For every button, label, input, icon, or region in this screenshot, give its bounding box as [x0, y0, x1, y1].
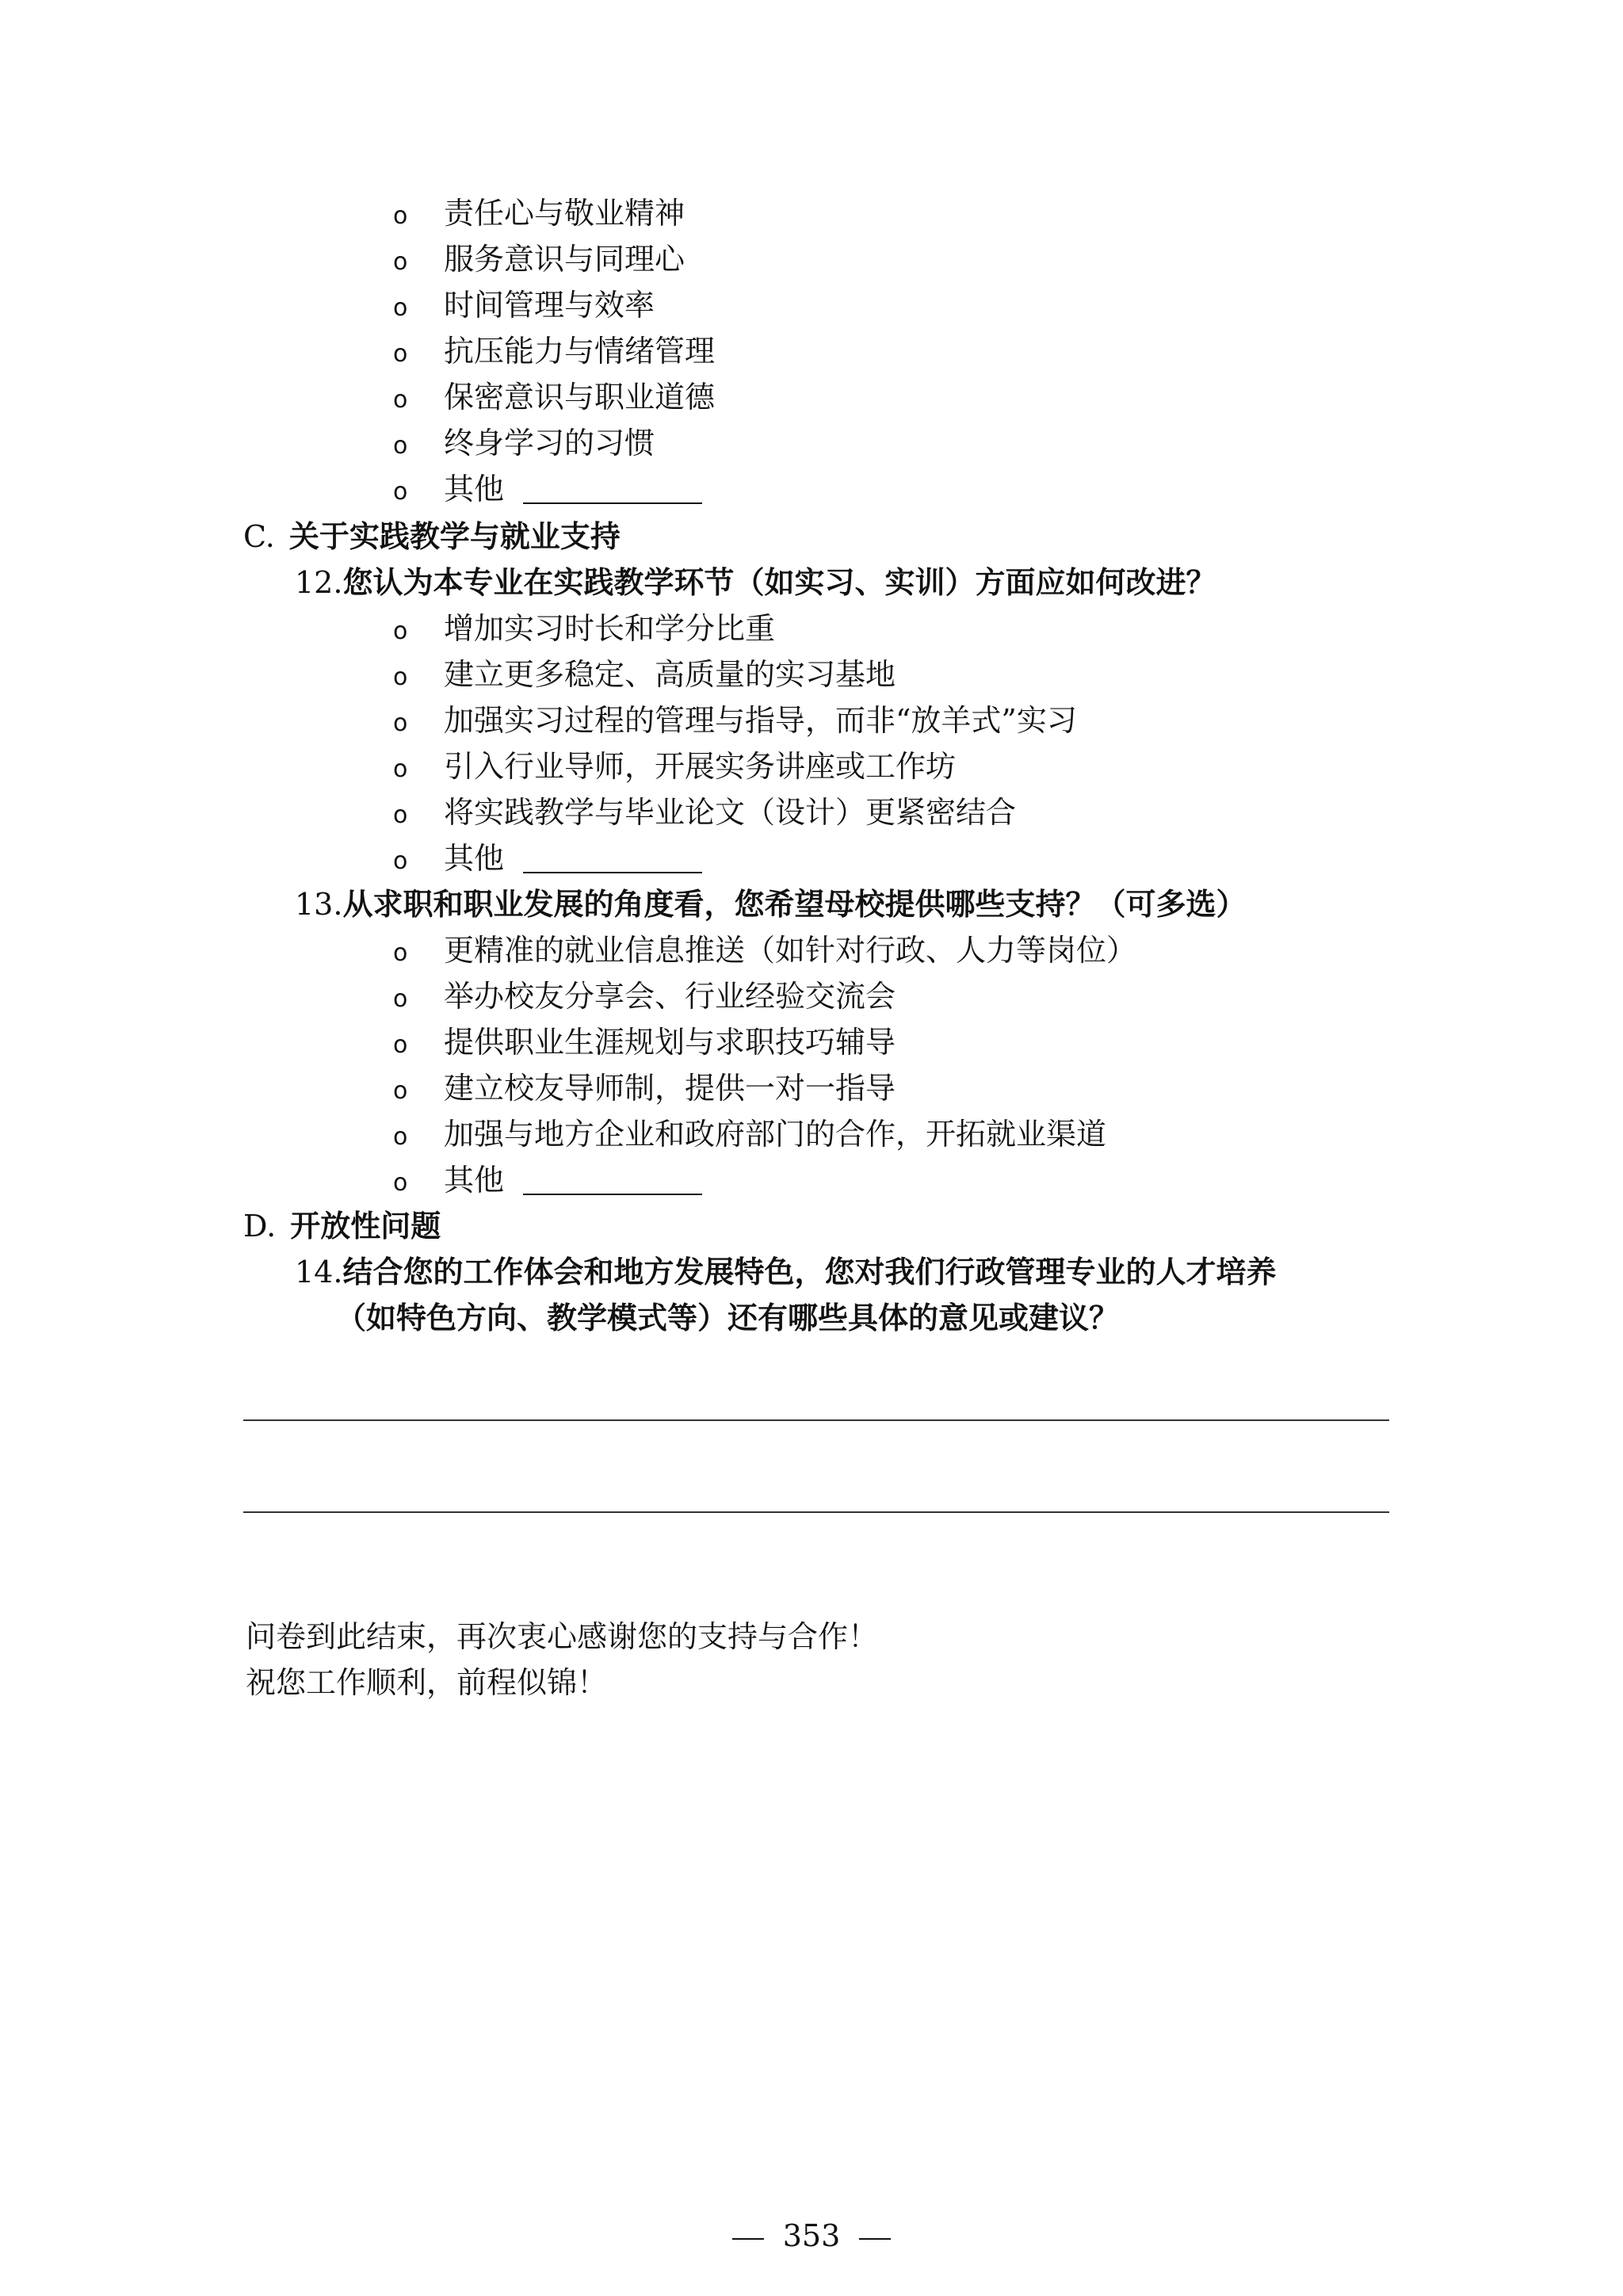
- question-text: 您认为本专业在实践教学环节（如实习、实训）方面应如何改进？: [342, 564, 1216, 600]
- radio-bullet-icon[interactable]: o: [393, 285, 407, 331]
- option-label: 举办校友分享会、行业经验交流会: [444, 973, 896, 1019]
- page-number: 353: [783, 2218, 841, 2253]
- question-text-line2: （如特色方向、教学模式等）还有哪些具体的意见或建议？: [336, 1300, 1119, 1335]
- option-label: 保密意识与职业道德: [444, 374, 715, 420]
- section-title: 开放性问题: [290, 1208, 441, 1244]
- question-text: 从求职和职业发展的角度看，您希望母校提供哪些支持？（可多选）: [342, 886, 1246, 922]
- option-other: 其他: [444, 466, 702, 512]
- option-label: 更精准的就业信息推送（如针对行政、人力等岗位）: [444, 927, 1136, 973]
- question-12: 12.您认为本专业在实践教学环节（如实习、实训）方面应如何改进？: [295, 560, 1216, 606]
- section-c-heading: C.关于实践教学与就业支持: [243, 514, 621, 560]
- question-text-line1: 结合您的工作体会和地方发展特色，您对我们行政管理专业的人才培养: [342, 1254, 1276, 1289]
- other-fill-blank[interactable]: [523, 1162, 702, 1195]
- page-footer: 353: [0, 2216, 1623, 2256]
- closing-thanks: 问卷到此结束，再次衷心感谢您的支持与合作！: [246, 1614, 878, 1660]
- radio-bullet-icon[interactable]: o: [393, 655, 407, 701]
- other-fill-blank[interactable]: [523, 840, 702, 873]
- answer-line-1[interactable]: [243, 1419, 1389, 1421]
- radio-bullet-icon[interactable]: o: [393, 377, 407, 423]
- section-title: 关于实践教学与就业支持: [289, 518, 621, 554]
- option-label: 提供职业生涯规划与求职技巧辅导: [444, 1019, 896, 1065]
- option-label: 将实践教学与毕业论文（设计）更紧密结合: [444, 789, 1016, 835]
- question-14: 14.结合您的工作体会和地方发展特色，您对我们行政管理专业的人才培养: [295, 1249, 1276, 1295]
- checkbox-bullet-icon[interactable]: o: [393, 1114, 407, 1160]
- radio-bullet-icon[interactable]: o: [393, 193, 407, 239]
- option-label: 加强实习过程的管理与指导，而非“放羊式”实习: [444, 697, 1077, 743]
- radio-bullet-icon[interactable]: o: [393, 423, 407, 469]
- option-label: 增加实习时长和学分比重: [444, 606, 775, 651]
- radio-bullet-icon[interactable]: o: [393, 331, 407, 377]
- option-label: 其他: [444, 841, 504, 876]
- section-letter: C.: [243, 519, 275, 554]
- option-other: 其他: [444, 835, 702, 881]
- option-label: 建立校友导师制，提供一对一指导: [444, 1065, 896, 1111]
- radio-bullet-icon[interactable]: o: [393, 793, 407, 839]
- question-14-continued: （如特色方向、教学模式等）还有哪些具体的意见或建议？: [336, 1295, 1119, 1341]
- option-label: 引入行业导师，开展实务讲座或工作坊: [444, 743, 956, 789]
- option-other: 其他: [444, 1157, 702, 1203]
- radio-bullet-icon[interactable]: o: [393, 747, 407, 793]
- other-fill-blank[interactable]: [523, 471, 702, 504]
- radio-bullet-icon[interactable]: o: [393, 701, 407, 747]
- option-label: 责任心与敬业精神: [444, 190, 685, 236]
- option-label: 其他: [444, 472, 504, 506]
- checkbox-bullet-icon[interactable]: o: [393, 1022, 407, 1068]
- option-label: 时间管理与效率: [444, 282, 655, 328]
- answer-line-2[interactable]: [243, 1511, 1389, 1513]
- checkbox-bullet-icon[interactable]: o: [393, 976, 407, 1022]
- checkbox-bullet-icon[interactable]: o: [393, 1160, 407, 1206]
- option-label: 终身学习的习惯: [444, 420, 655, 466]
- checkbox-bullet-icon[interactable]: o: [393, 930, 407, 976]
- question-number: 14.: [295, 1255, 342, 1289]
- checkbox-bullet-icon[interactable]: o: [393, 1068, 407, 1114]
- radio-bullet-icon[interactable]: o: [393, 469, 407, 515]
- radio-bullet-icon[interactable]: o: [393, 609, 407, 655]
- section-letter: D.: [243, 1209, 276, 1244]
- question-number: 13.: [295, 887, 342, 922]
- option-label: 加强与地方企业和政府部门的合作，开拓就业渠道: [444, 1111, 1106, 1157]
- option-label: 建立更多稳定、高质量的实习基地: [444, 651, 896, 697]
- section-d-heading: D.开放性问题: [243, 1203, 441, 1249]
- dash-decoration: [859, 2238, 891, 2240]
- dash-decoration: [732, 2238, 764, 2240]
- radio-bullet-icon[interactable]: o: [393, 239, 407, 285]
- document-page: o 责任心与敬业精神 o 服务意识与同理心 o 时间管理与效率 o 抗压能力与情…: [0, 0, 1623, 2296]
- option-label: 抗压能力与情绪管理: [444, 328, 715, 374]
- option-label: 其他: [444, 1163, 504, 1198]
- option-label: 服务意识与同理心: [444, 236, 685, 282]
- closing-wishes: 祝您工作顺利，前程似锦！: [246, 1660, 607, 1706]
- question-number: 12.: [295, 565, 342, 600]
- question-13: 13.从求职和职业发展的角度看，您希望母校提供哪些支持？（可多选）: [295, 881, 1246, 927]
- radio-bullet-icon[interactable]: o: [393, 839, 407, 884]
